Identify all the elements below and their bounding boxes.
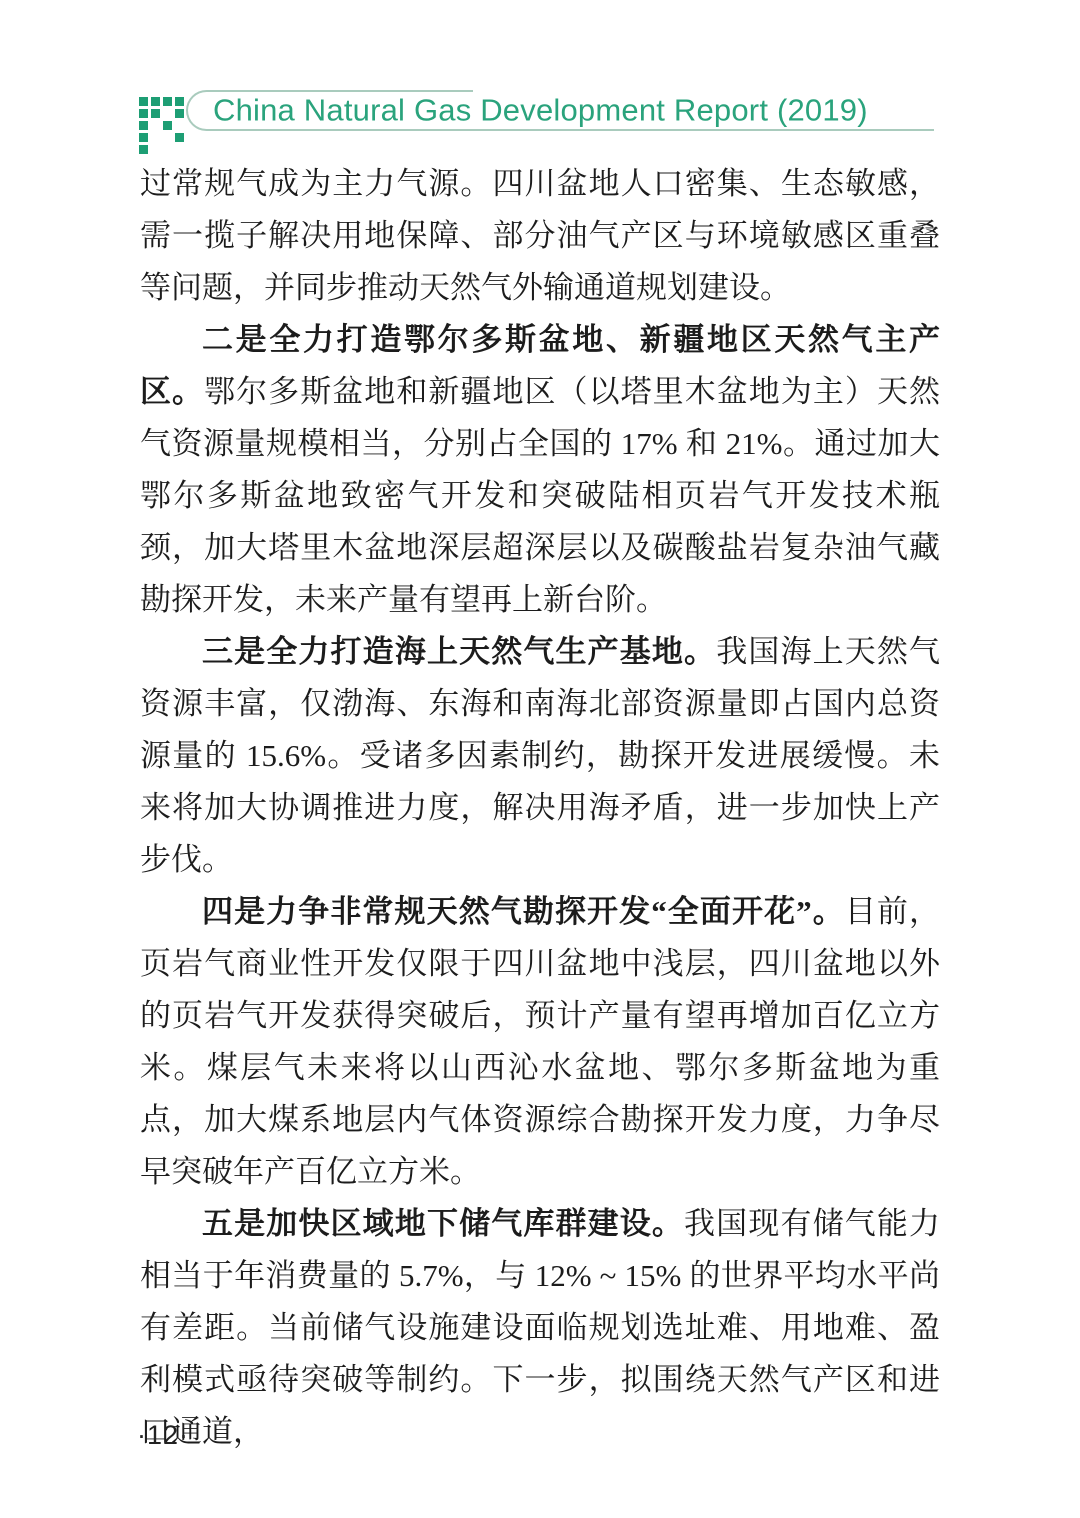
logo-pixel	[139, 133, 148, 142]
logo-pixel	[175, 121, 184, 130]
logo-pixel	[175, 97, 184, 106]
logo-pixel	[175, 145, 184, 154]
paragraph-lead: 四是力争非常规天然气勘探开发“全面开花”。	[202, 894, 845, 929]
logo-pixel	[151, 145, 160, 154]
logo-pixel	[163, 121, 172, 130]
logo-pixel	[151, 121, 160, 130]
report-title-banner: China Natural Gas Development Report (20…	[186, 90, 934, 131]
banner-bottom-rule	[210, 129, 934, 131]
logo-pixel	[163, 133, 172, 142]
logo-pixel	[139, 121, 148, 130]
paragraph-text: 目前，页岩气商业性开发仅限于四川盆地中浅层，四川盆地以外的页岩气开发获得突破后，…	[140, 894, 940, 1189]
paragraph: 二是全力打造鄂尔多斯盆地、新疆地区天然气主产区。鄂尔多斯盆地和新疆地区（以塔里木…	[140, 314, 940, 626]
paragraph-text: 我国现有储气能力相当于年消费量的 5.7%，与 12% ~ 15% 的世界平均水…	[140, 1206, 940, 1449]
logo-pixel	[163, 109, 172, 118]
logo-pixel	[139, 145, 148, 154]
logo-pixel	[175, 109, 184, 118]
logo-pixel	[151, 133, 160, 142]
paragraph-text: 过常规气成为主力气源。四川盆地人口密集、生态敏感，需一揽子解决用地保障、部分油气…	[140, 166, 940, 305]
paragraph-lead: 五是加快区域地下储气库群建设。	[202, 1206, 684, 1241]
report-title: China Natural Gas Development Report (20…	[213, 92, 868, 128]
pixel-grid-logo-icon	[139, 97, 184, 154]
document-page: China Natural Gas Development Report (20…	[0, 0, 1080, 1518]
paragraph: 过常规气成为主力气源。四川盆地人口密集、生态敏感，需一揽子解决用地保障、部分油气…	[140, 158, 940, 314]
logo-pixel	[139, 109, 148, 118]
page-body: 过常规气成为主力气源。四川盆地人口密集、生态敏感，需一揽子解决用地保障、部分油气…	[140, 158, 940, 1458]
paragraph-lead: 三是全力打造海上天然气生产基地。	[202, 634, 716, 669]
banner-left-bracket	[186, 90, 212, 131]
paragraph: 三是全力打造海上天然气生产基地。我国海上天然气资源丰富，仅渤海、东海和南海北部资…	[140, 626, 940, 886]
logo-pixel	[151, 109, 160, 118]
logo-pixel	[163, 145, 172, 154]
logo-pixel	[163, 97, 172, 106]
logo-pixel	[139, 97, 148, 106]
logo-pixel	[175, 133, 184, 142]
paragraph: 四是力争非常规天然气勘探开发“全面开花”。目前，页岩气商业性开发仅限于四川盆地中…	[140, 886, 940, 1198]
paragraph-text: 我国海上天然气资源丰富，仅渤海、东海和南海北部资源量即占国内总资源量的 15.6…	[140, 634, 940, 877]
page-number: ·12·	[137, 1420, 189, 1451]
paragraph: 五是加快区域地下储气库群建设。我国现有储气能力相当于年消费量的 5.7%，与 1…	[140, 1198, 940, 1458]
logo-pixel	[151, 97, 160, 106]
paragraph-text: 鄂尔多斯盆地和新疆地区（以塔里木盆地为主）天然气资源量规模相当，分别占全国的 1…	[140, 374, 940, 617]
